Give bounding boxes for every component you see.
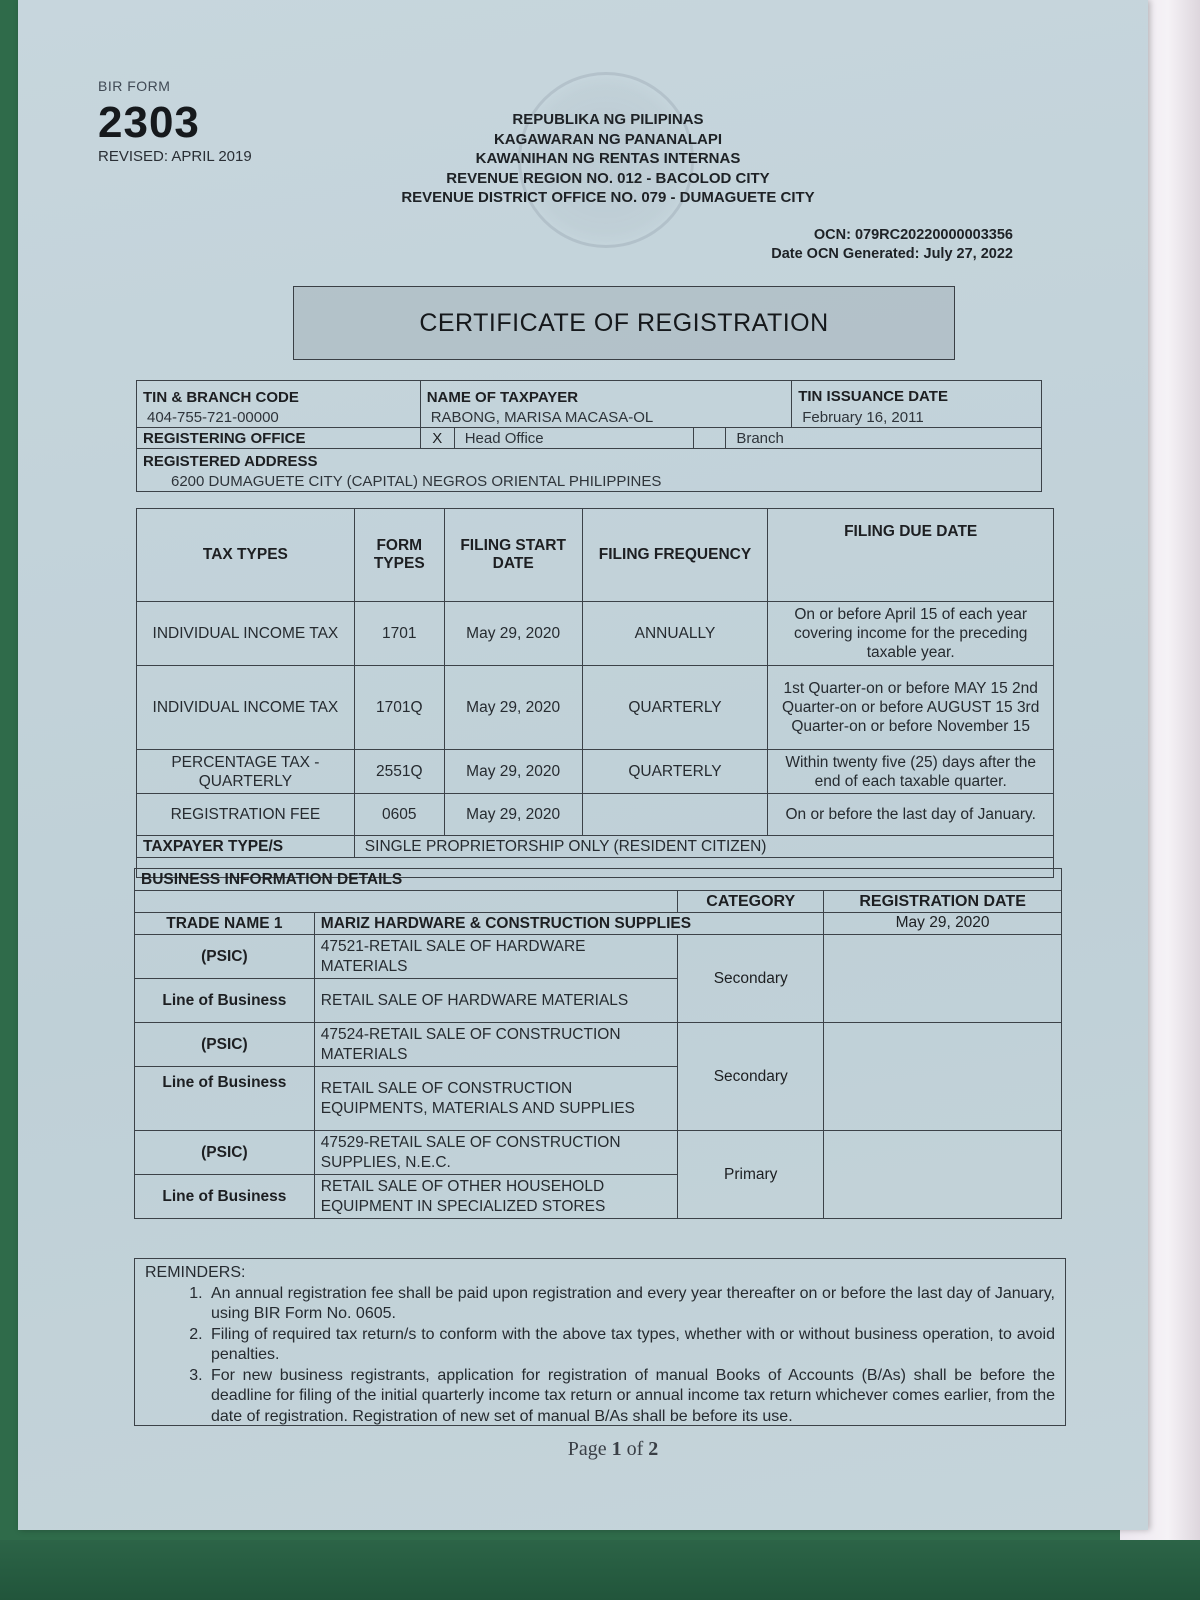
tax-types-table: TAX TYPES FORM TYPES FILING START DATE F… [136,508,1054,878]
frequency-cell: ANNUALLY [582,602,768,666]
taxpayer-name-value: RABONG, MARISA MACASA-OL [420,407,792,428]
table-row: (PSIC) 47529-RETAIL SALE OF CONSTRUCTION… [135,1131,1062,1175]
line-of-business-label: Line of Business [135,1067,315,1131]
due-date-cell: 1st Quarter-on or before MAY 15 2nd Quar… [768,666,1054,750]
tin-issuance-label: TIN ISSUANCE DATE [798,388,948,405]
header-form-types: FORM TYPES [354,509,444,602]
table-row: PERCENTAGE TAX - QUARTERLY 2551Q May 29,… [137,750,1054,794]
header-tax-types: TAX TYPES [137,509,355,602]
business-section-label: BUSINESS INFORMATION DETAILS [135,869,1062,891]
psic-label: (PSIC) [135,1023,315,1067]
header-filing-due-date: FILING DUE DATE [768,509,1054,602]
frequency-cell: QUARTERLY [582,666,768,750]
background-folder [0,1540,1200,1600]
tax-type-cell: PERCENTAGE TAX - QUARTERLY [137,750,355,794]
category-value: Secondary [678,935,824,1023]
line-of-business-value: RETAIL SALE OF CONSTRUCTION EQUIPMENTS, … [314,1067,678,1131]
registration-date-header: REGISTRATION DATE [824,891,1062,913]
frequency-cell: QUARTERLY [582,750,768,794]
tin-label: TIN & BRANCH CODE [143,389,299,406]
business-info-table: BUSINESS INFORMATION DETAILS CATEGORY RE… [134,868,1062,1219]
agency-line: KAWANIHAN NG RENTAS INTERNAS [348,149,868,169]
psic-value: 47521-RETAIL SALE OF HARDWARE MATERIALS [314,935,678,979]
table-row: INDIVIDUAL INCOME TAX 1701Q May 29, 2020… [137,666,1054,750]
document-title: CERTIFICATE OF REGISTRATION [293,286,955,360]
agency-header: REPUBLIKA NG PILIPINAS KAGAWARAN NG PANA… [348,110,868,208]
form-type-cell: 2551Q [354,750,444,794]
taxpayer-name-label: NAME OF TAXPAYER [427,389,578,406]
reminder-item: An annual registration fee shall be paid… [207,1284,1055,1325]
tin-value: 404-755-721-00000 [137,407,421,428]
form-type-cell: 0605 [354,794,444,836]
psic-value: 47524-RETAIL SALE OF CONSTRUCTION MATERI… [314,1023,678,1067]
reminder-item: Filing of required tax return/s to confo… [207,1325,1055,1366]
ocn-generated-date: Date OCN Generated: July 27, 2022 [771,245,1013,264]
tax-type-cell: REGISTRATION FEE [137,794,355,836]
form-number: 2303 [98,98,200,148]
start-date-cell: May 29, 2020 [444,794,582,836]
certificate-page: BIR FORM 2303 REVISED: APRIL 2019 REPUBL… [18,0,1148,1530]
taxpayer-type-row: TAXPAYER TYPE/S SINGLE PROPRIETORSHIP ON… [137,836,1054,858]
header-filing-frequency: FILING FREQUENCY [582,509,768,602]
taxpayer-info-table: TIN & BRANCH CODE NAME OF TAXPAYER TIN I… [136,380,1042,492]
page-of: of [627,1438,644,1460]
page-number: Page 1 of 2 [18,1438,1200,1461]
page-total: 2 [648,1438,658,1460]
header-filing-start-date: FILING START DATE [444,509,582,602]
taxpayer-type-label: TAXPAYER TYPE/S [137,836,355,858]
psic-value: 47529-RETAIL SALE OF CONSTRUCTION SUPPLI… [314,1131,678,1175]
head-office-label: Head Office [454,428,694,449]
form-revised-date: REVISED: APRIL 2019 [98,148,252,165]
start-date-cell: May 29, 2020 [444,750,582,794]
trade-name-value: MARIZ HARDWARE & CONSTRUCTION SUPPLIES [314,913,823,935]
form-type-cell: 1701Q [354,666,444,750]
form-type-cell: 1701 [354,602,444,666]
start-date-cell: May 29, 2020 [444,666,582,750]
registered-address-value: 6200 DUMAGUETE CITY (CAPITAL) NEGROS ORI… [137,471,1042,492]
reminders-box: REMINDERS: An annual registration fee sh… [134,1258,1066,1426]
frequency-cell [582,794,768,836]
psic-label: (PSIC) [135,935,315,979]
registering-office-label: REGISTERING OFFICE [137,428,421,449]
psic-label: (PSIC) [135,1131,315,1175]
reminders-label: REMINDERS: [145,1263,1055,1284]
tin-issuance-value: February 16, 2011 [792,407,1042,428]
due-date-cell: Within twenty five (25) days after the e… [768,750,1054,794]
ocn-block: OCN: 079RC20220000003356 Date OCN Genera… [771,226,1013,264]
page-prefix: Page [568,1438,607,1460]
table-row: (PSIC) 47521-RETAIL SALE OF HARDWARE MAT… [135,935,1062,979]
ocn-number: OCN: 079RC20220000003356 [771,226,1013,245]
reminder-item: For new business registrants, applicatio… [207,1366,1055,1428]
trade-name-label: TRADE NAME 1 [135,913,315,935]
start-date-cell: May 29, 2020 [444,602,582,666]
agency-line: KAGAWARAN NG PANANALAPI [348,130,868,150]
page-current: 1 [612,1438,622,1460]
tax-type-cell: INDIVIDUAL INCOME TAX [137,666,355,750]
category-value: Secondary [678,1023,824,1131]
registration-date-value: May 29, 2020 [824,913,1062,935]
form-label: BIR FORM [98,78,170,94]
tax-table-header: TAX TYPES FORM TYPES FILING START DATE F… [137,509,1054,602]
branch-label: Branch [726,428,1042,449]
line-of-business-label: Line of Business [135,979,315,1023]
taxpayer-type-value: SINGLE PROPRIETORSHIP ONLY (RESIDENT CIT… [354,836,1053,858]
registered-address-label: REGISTERED ADDRESS [143,453,317,470]
agency-line: REVENUE DISTRICT OFFICE NO. 079 - DUMAGU… [348,188,868,208]
table-row: INDIVIDUAL INCOME TAX 1701 May 29, 2020 … [137,602,1054,666]
due-date-cell: On or before the last day of January. [768,794,1054,836]
agency-line: REVENUE REGION NO. 012 - BACOLOD CITY [348,169,868,189]
tax-type-cell: INDIVIDUAL INCOME TAX [137,602,355,666]
line-of-business-value: RETAIL SALE OF OTHER HOUSEHOLD EQUIPMENT… [314,1175,678,1219]
line-of-business-label: Line of Business [135,1175,315,1219]
branch-checkbox [694,428,726,449]
head-office-checkbox: X [420,428,454,449]
reminders-list: An annual registration fee shall be paid… [145,1284,1055,1428]
table-row: (PSIC) 47524-RETAIL SALE OF CONSTRUCTION… [135,1023,1062,1067]
category-value: Primary [678,1131,824,1219]
due-date-cell: On or before April 15 of each year cover… [768,602,1054,666]
line-of-business-value: RETAIL SALE OF HARDWARE MATERIALS [314,979,678,1023]
agency-line: REPUBLIKA NG PILIPINAS [348,110,868,130]
table-row: REGISTRATION FEE 0605 May 29, 2020 On or… [137,794,1054,836]
category-header: CATEGORY [678,891,824,913]
